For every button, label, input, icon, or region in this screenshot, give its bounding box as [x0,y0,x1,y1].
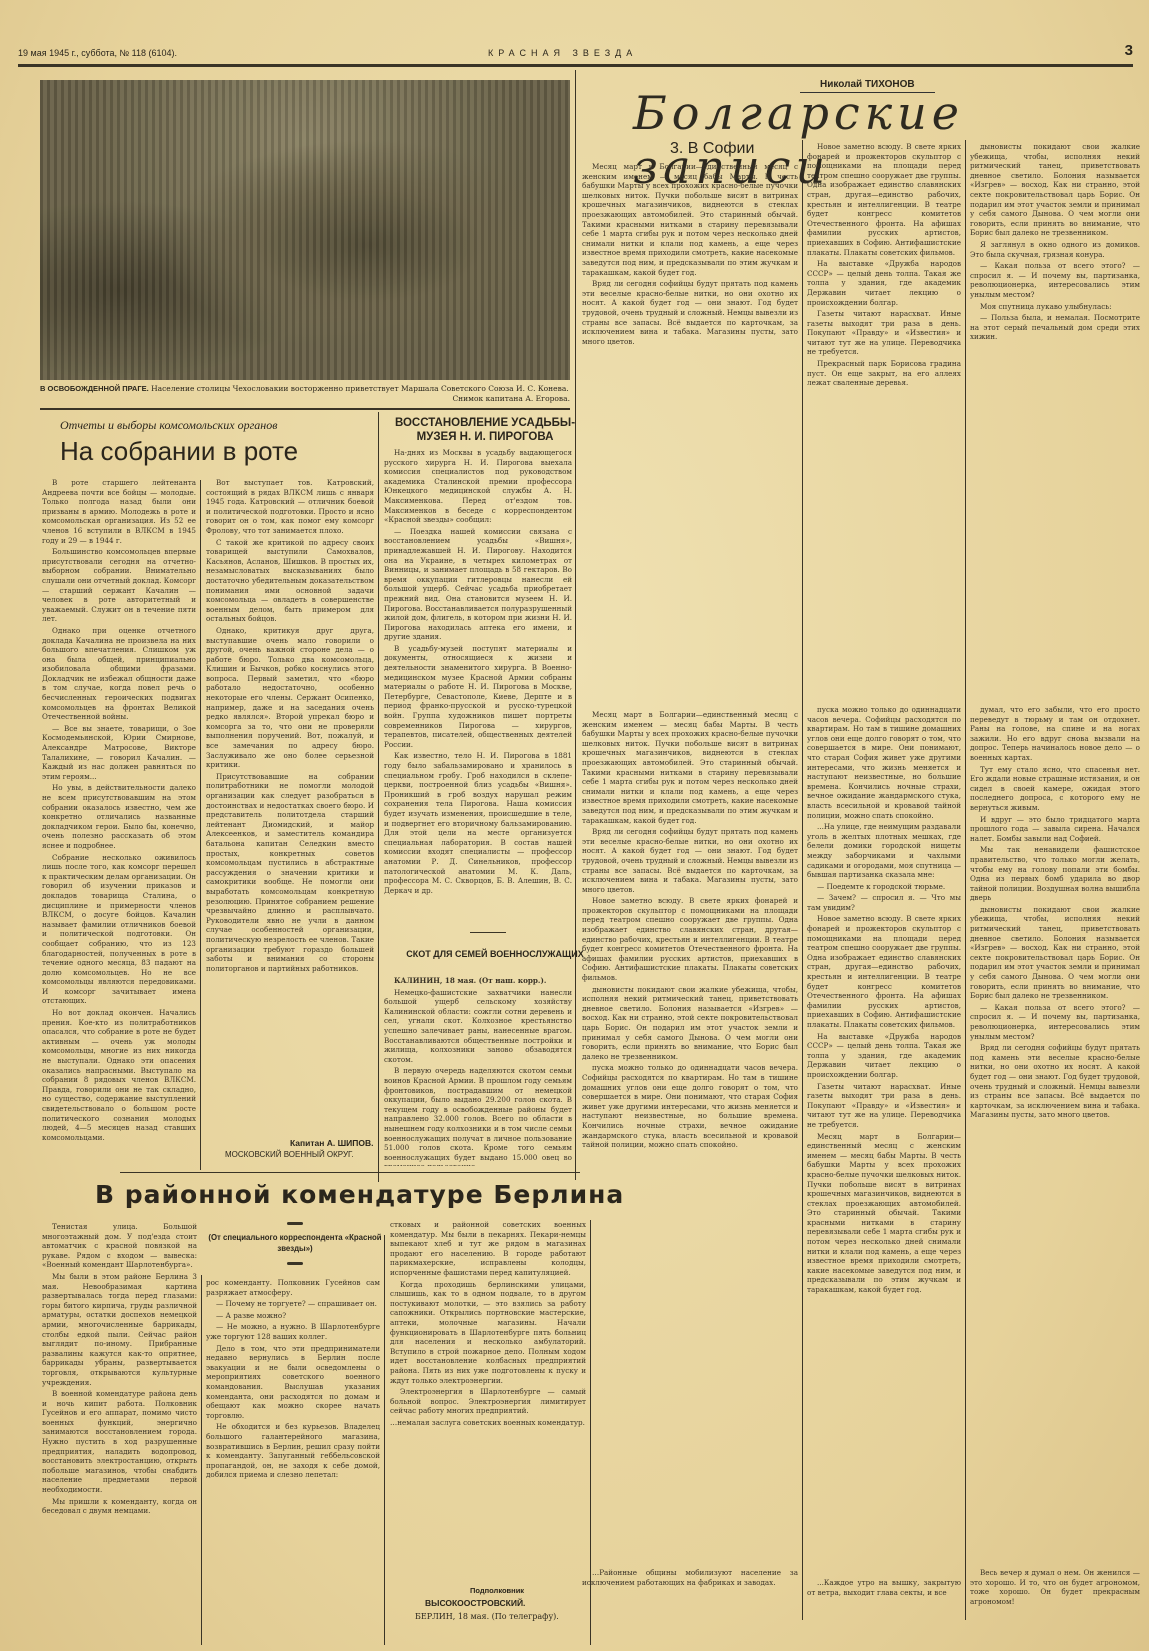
photo-prague-konev [40,80,570,380]
berlin-headline: В районной комендатуре Берлина [95,1180,624,1209]
masthead: 19 мая 1945 г., суббота, № 118 (6104). К… [18,42,1133,67]
bulgaria-ending-right: Весь вечер я думал о нем. Он женился — э… [970,1568,1140,1608]
column-rule [575,70,576,1180]
page-number: 3 [1125,42,1133,59]
bulgaria-column-1: Месяц март в Болгарии—единственный месяц… [582,162,798,707]
caption-bold: В ОСВОБОЖДЕННОЙ ПРАГЕ. [40,384,149,393]
berlin-column-1: Тенистая улица. Большой многоэтажный дом… [42,1222,197,1647]
bulgaria-ending-middle: ...Каждое утро на вышку, закрытую от вет… [807,1578,961,1608]
komsomol-column-2: Вот выступает тов. Катровский, состоящий… [206,478,374,1133]
bulgaria-column-2: Новое заметно всюду. В свете ярких фонар… [807,142,961,702]
skot-headline: СКОТ ДЛЯ СЕМЕЙ ВОЕННОСЛУЖАЩИХ [400,948,590,960]
column-rule [384,1235,385,1645]
komsomol-district: МОСКОВСКИЙ ВОЕННЫЙ ОКРУГ. [225,1150,354,1159]
column-rule [965,140,966,1620]
photo-caption: В ОСВОБОЖДЕННОЙ ПРАГЕ. Население столицы… [40,384,570,394]
pirogov-headline: ВОССТАНОВЛЕНИЕ УСАДЬБЫ-МУЗЕЯ Н. И. ПИРОГ… [385,416,585,444]
column-rule [200,480,201,1170]
komsomol-kicker: Отчеты и выборы комсомольских органов [60,418,360,433]
column-rule [201,1275,202,1645]
ornament-icon [287,1262,303,1265]
komsomol-column-1: В роте старшего лейтенанта Андреева почт… [42,478,196,1168]
berlin-signature-rank: Подполковник [470,1586,524,1595]
skot-dateline: КАЛИНИН, 18 мая. (От наш. корр.). [384,976,572,986]
divider [470,932,506,933]
komsomol-headline: На собрании в роте [60,436,360,467]
berlin-dateline: БЕРЛИН, 18 мая. (По телеграфу). [415,1612,559,1621]
caption-text: Население столицы Чехословакии восторжен… [151,384,569,393]
newspaper-page: 19 мая 1945 г., суббота, № 118 (6104). К… [0,0,1149,1651]
section-rule [40,408,570,410]
skot-body: КАЛИНИН, 18 мая. (От наш. корр.). Немецк… [384,976,572,1166]
komsomol-signature: Капитан А. ШИПОВ. [290,1138,374,1148]
column-rule [802,140,803,1620]
bulgaria-subheadline: 3. В Софии [670,140,754,158]
newspaper-name: КРАСНАЯ ЗВЕЗДА [488,48,637,58]
bulgaria-ending-left: …Районные общины мобилизуют население за… [582,1568,798,1608]
issue-line: 19 мая 1945 г., суббота, № 118 (6104). [18,48,177,58]
bulgaria-column-3: дыновисты покидают свои жалкие убежища, … [970,142,1140,702]
bulgaria-column-1-cont: Месяц март в Болгарии—единственный месяц… [582,710,798,1560]
column-rule [378,412,379,1182]
berlin-column-3: стковых и районной советских военных ком… [390,1220,586,1575]
berlin-column-2: рос коменданту. Полковник Гусейнов сам р… [206,1278,380,1646]
berlin-signature-name: ВЫСОКООСТРОВСКИЙ. [425,1598,525,1608]
section-rule [120,1172,580,1173]
photo-credit: Снимок капитана А. Егорова. [452,394,570,404]
bulgaria-column-2-cont: пуска можно только до одиннадцати часов … [807,705,961,1565]
pirogov-body: На-днях из Москвы в усадьбу выдающегося … [384,448,572,923]
bulgaria-column-3-cont: думал, что его забыли, что его просто пе… [970,705,1140,1565]
berlin-special-correspondent: (От специального корреспондента «Красной… [205,1232,385,1254]
ornament-icon [287,1222,303,1225]
